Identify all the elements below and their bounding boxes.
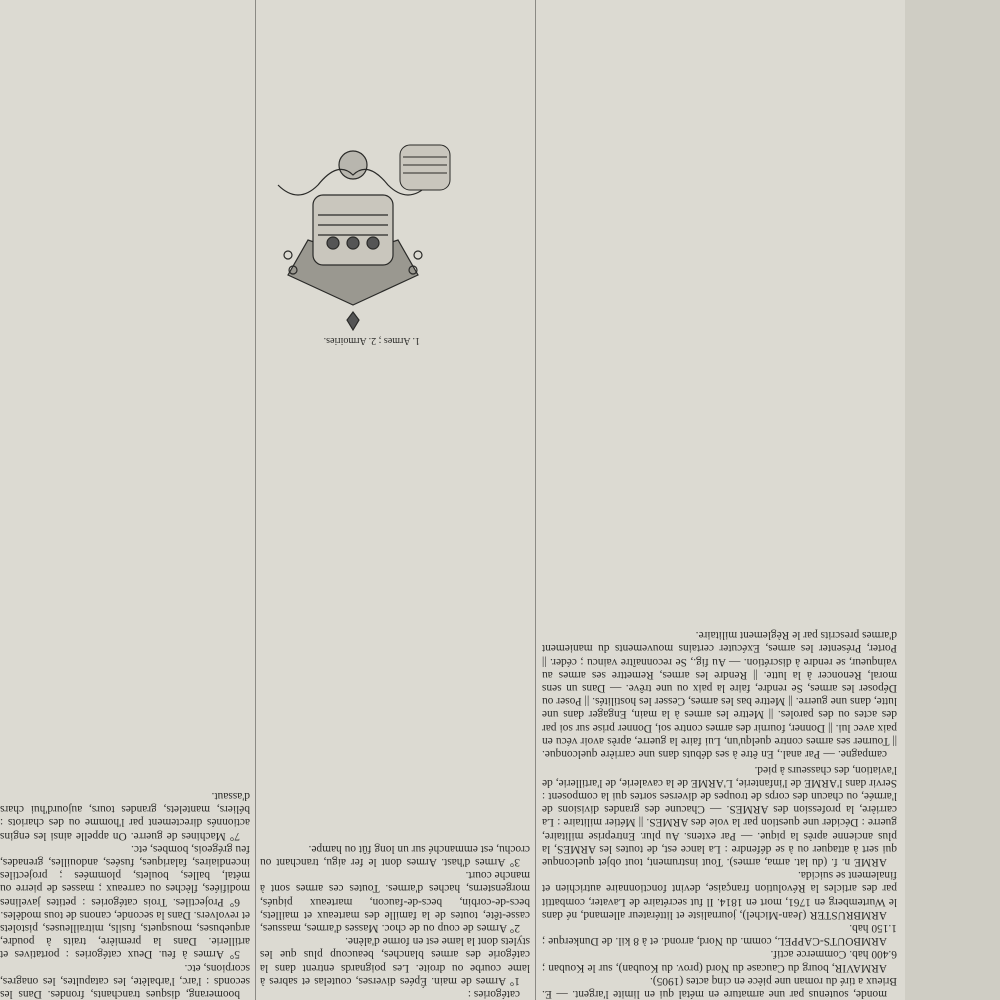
entry-armbouts-cappel: ARMBOUTS-CAPPEL, comm. du Nord, arrond. … bbox=[542, 921, 897, 947]
paragraph: 3° Armes d'hast. Armes dont le fer aigu,… bbox=[260, 842, 530, 868]
paragraph: campagne. — Par anal., En être à ses déb… bbox=[542, 628, 897, 760]
entry-arme: ARME n. f. (du lat. arma, armes). Tout i… bbox=[542, 762, 897, 868]
paragraph: catégories : bbox=[260, 987, 530, 1000]
paragraph: monde, soutenus par une armature en méta… bbox=[542, 974, 897, 1000]
paragraph: 7° Machines de guerre. On appelle ainsi … bbox=[0, 789, 250, 842]
column-divider bbox=[535, 0, 536, 1000]
text-column-right: campagne. — Par anal., En être à ses déb… bbox=[542, 0, 897, 760]
column-divider bbox=[255, 0, 256, 1000]
dictionary-page: boomerang, disques tranchants, frondes. … bbox=[0, 0, 905, 1000]
text-column-left: boomerang, disques tranchants, frondes. … bbox=[0, 0, 250, 1000]
background-surface bbox=[905, 0, 1000, 1000]
paragraph: boomerang, disques tranchants, frondes. … bbox=[0, 960, 250, 1000]
entry-armbruster: ARMBRUSTER (Jean-Michel), journaliste et… bbox=[542, 868, 897, 921]
small-arms-figure bbox=[385, 135, 455, 195]
paragraph: 5° Armes à feu. Deux catégories : portat… bbox=[0, 908, 250, 961]
entry-armavir: ARMAVIR, bourg du Caucase du Nord (prov.… bbox=[542, 947, 897, 973]
paragraph: 2° Armes de coup ou de choc. Masses d'ar… bbox=[260, 868, 530, 934]
text-column-right-bottom: monde, soutenus par une armature en méta… bbox=[542, 760, 897, 1000]
figure-caption: 1. Armes ; 2. Armoiries. bbox=[300, 335, 420, 346]
paragraph: 1° Armes de main. Épées diverses, coutel… bbox=[260, 934, 530, 987]
paragraph: 6° Projectiles. Trois catégories : petit… bbox=[0, 842, 250, 908]
